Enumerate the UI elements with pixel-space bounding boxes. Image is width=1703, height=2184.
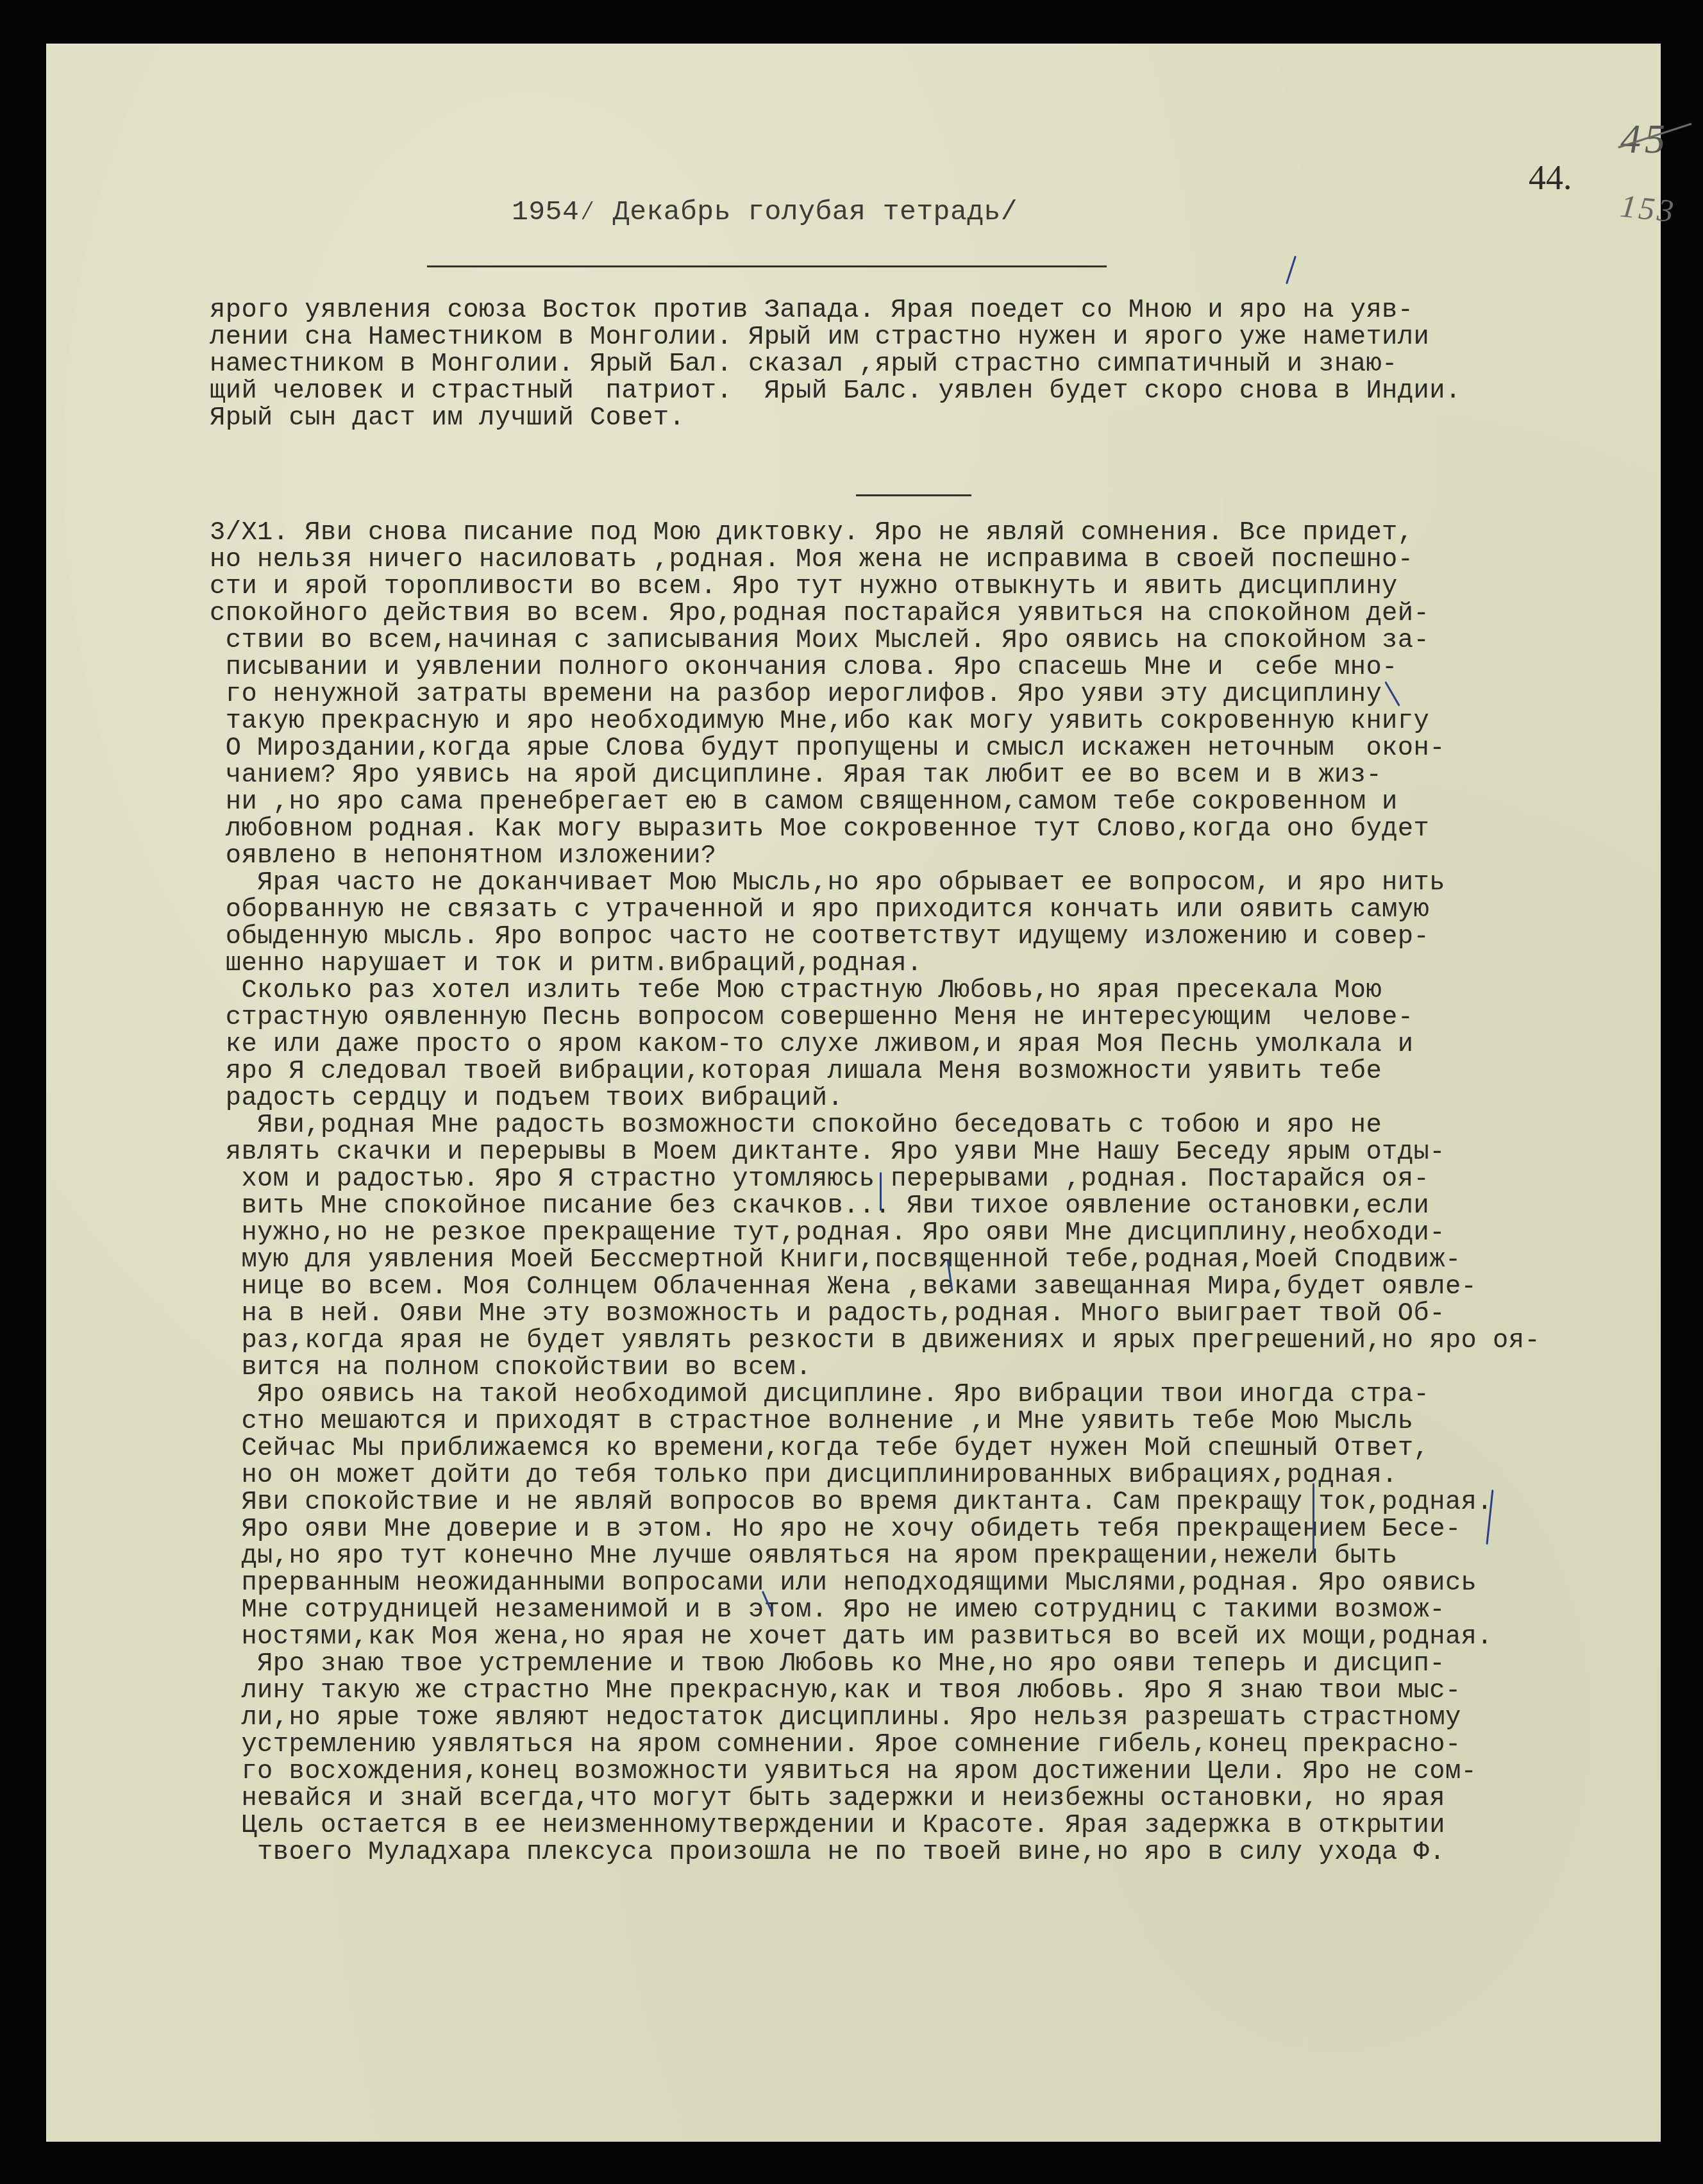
text-line: невайся и знай всегда,что могут быть зад… — [210, 1785, 1697, 1812]
text-line: оявлено в непонятном изложении? — [210, 843, 1697, 869]
text-line: хом и радостью. Яро Я страстно утомляюсь… — [210, 1166, 1697, 1193]
text-line: нице во всем. Моя Солнцем Облаченная Жен… — [210, 1273, 1697, 1300]
text-line: Сейчас Мы приближаемся ко времени,когда … — [210, 1435, 1697, 1462]
text-line — [210, 1893, 1697, 1920]
text-block-entry-3-xi: 3/X1. Яви снова писание под Мою диктовку… — [210, 519, 1697, 1920]
text-line: го восхождения,конец возможности уявитьс… — [210, 1758, 1697, 1785]
text-line: мую для уявления Моей Бессмертной Книги,… — [210, 1247, 1697, 1273]
text-line: обыденную мысль. Яро вопрос часто не соо… — [210, 923, 1697, 950]
text-line: страстную оявленную Песнь вопросом совер… — [210, 1004, 1697, 1031]
page-number-struck: 45 — [1620, 115, 1669, 163]
text-line: устремлению уявляться на яром сомнении. … — [210, 1731, 1697, 1758]
text-block-continuation: ярого уявления союза Восток против Запад… — [210, 297, 1697, 432]
section-divider — [856, 494, 971, 496]
text-line: ды,но яро тут конечно Мне лучше оявлятьс… — [210, 1543, 1697, 1570]
text-line: шенно нарушает и ток и ритм.вибраций,род… — [210, 950, 1697, 977]
text-line: прерванным неожиданными вопросами или не… — [210, 1570, 1697, 1597]
text-line: радость сердцу и подъем твоих вибраций. — [210, 1085, 1697, 1112]
text-line: го ненужной затраты времени на разбор ие… — [210, 681, 1697, 708]
text-line: Мне сотрудницей незаменимой и в этом. Яр… — [210, 1597, 1697, 1624]
text-line: Яви,родная Мне радость возможности споко… — [210, 1112, 1697, 1139]
text-line: писывании и уявлении полного окончания с… — [210, 654, 1697, 681]
text-line: являть скачки и перерывы в Моем диктанте… — [210, 1139, 1697, 1166]
page-number-typed: 44. — [1529, 158, 1572, 197]
text-line — [210, 1866, 1697, 1893]
text-line: стно мешаются и приходят в страстное вол… — [210, 1408, 1697, 1435]
document-page: 1954⁄ Декабрь голубая тетрадь/ 44. 45 15… — [46, 44, 1661, 2142]
text-line: Яви спокойствие и не являй вопросов во в… — [210, 1489, 1697, 1516]
ink-correction-mark — [1286, 256, 1296, 285]
text-line: нужно,но не резкое прекращение тут,родна… — [210, 1220, 1697, 1247]
text-line: но он может дойти до тебя только при дис… — [210, 1462, 1697, 1489]
text-line: оборванную не связать с утраченной и яро… — [210, 896, 1697, 923]
text-line: Яро знаю твое устремление и твою Любовь … — [210, 1651, 1697, 1677]
text-line: Яро оявись на такой необходимой дисципли… — [210, 1381, 1697, 1408]
text-line: О Мироздании,когда ярые Слова будут проп… — [210, 735, 1697, 762]
text-line: Цель остается в ее неизменномутверждении… — [210, 1812, 1697, 1839]
text-line: яро Я следовал твоей вибрации,которая ли… — [210, 1058, 1697, 1085]
text-line: наместником в Монголии. Ярый Бал. сказал… — [210, 351, 1697, 378]
text-line: на в ней. Ояви Мне эту возможность и рад… — [210, 1300, 1697, 1327]
text-line: ке или даже просто о яром каком-то слухе… — [210, 1031, 1697, 1058]
text-line: спокойного действия во всем. Яро,родная … — [210, 600, 1697, 627]
text-line: чанием? Яро уявись на ярой дисциплине. Я… — [210, 762, 1697, 789]
page-number-pencil: 153 — [1618, 187, 1678, 230]
text-line: сти и ярой торопливости во всем. Яро тут… — [210, 573, 1697, 600]
text-line: лении сна Наместником в Монголии. Ярый и… — [210, 324, 1697, 351]
text-line: Ярая часто не доканчивает Мою Мысль,но я… — [210, 869, 1697, 896]
text-line: но нельзя ничего насиловать ,родная. Моя… — [210, 546, 1697, 573]
ink-correction-mark — [1313, 1483, 1314, 1554]
text-line: раз,когда ярая не будет уявлять резкости… — [210, 1327, 1697, 1354]
text-line: ярого уявления союза Восток против Запад… — [210, 297, 1697, 324]
text-line: ствии во всем,начиная с записывания Моих… — [210, 627, 1697, 654]
text-line: ностями,как Моя жена,но ярая не хочет да… — [210, 1624, 1697, 1651]
text-line: Ярый сын даст им лучший Совет. — [210, 405, 1697, 432]
ink-correction-mark — [880, 1172, 882, 1211]
text-line: ли,но ярые тоже являют недостаток дисцип… — [210, 1704, 1697, 1731]
text-line: лину такую же страстно Мне прекрасную,ка… — [210, 1677, 1697, 1704]
title-underline — [427, 265, 1107, 267]
text-line: твоего Муладхара плексуса произошла не п… — [210, 1839, 1697, 1866]
text-line: ни ,но яро сама пренебрегает ею в самом … — [210, 789, 1697, 816]
document-title: 1954⁄ Декабрь голубая тетрадь/ — [512, 199, 1018, 226]
text-line: любовном родная. Как могу выразить Мое с… — [210, 816, 1697, 843]
text-line: вить Мне спокойное писание без скачков..… — [210, 1193, 1697, 1220]
text-line: 3/X1. Яви снова писание под Мою диктовку… — [210, 519, 1697, 546]
text-line: щий человек и страстный патриот. Ярый Ба… — [210, 378, 1697, 405]
text-line: вится на полном спокойствии во всем. — [210, 1354, 1697, 1381]
text-line: Сколько раз хотел излить тебе Мою страст… — [210, 977, 1697, 1004]
text-line: Яро ояви Мне доверие и в этом. Но яро не… — [210, 1516, 1697, 1543]
text-line: такую прекрасную и яро необходимую Мне,и… — [210, 708, 1697, 735]
